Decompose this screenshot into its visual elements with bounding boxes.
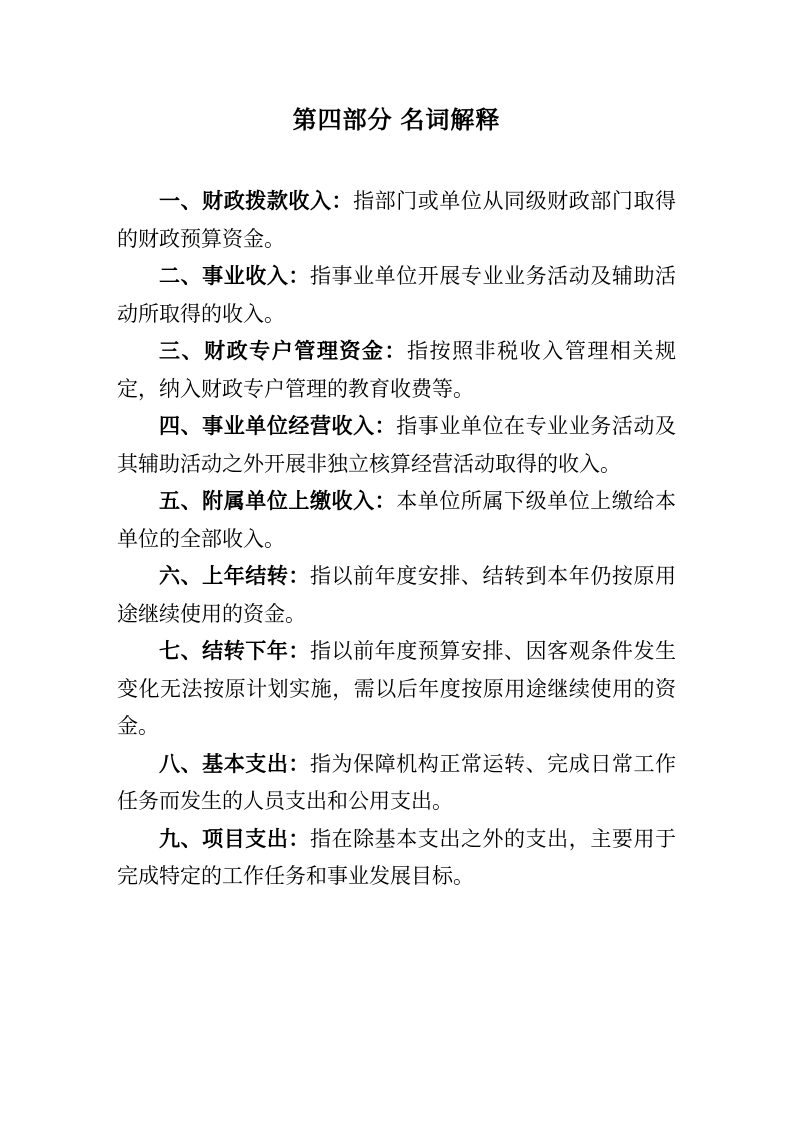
term-label: 五、附属单位上缴收入： [159,490,396,513]
term-definition-paragraph: 七、结转下年：指以前年度预算安排、因客观条件发生变化无法按原计划实施，需以后年度… [117,633,676,746]
term-label: 七、结转下年： [159,640,310,663]
term-definition-paragraph: 五、附属单位上缴收入：本单位所属下级单位上缴给本单位的全部收入。 [117,483,676,558]
document-page: 第四部分 名词解释 一、财政拨款收入：指部门或单位从同级财政部门取得的财政预算资… [0,0,793,1122]
page-title: 第四部分 名词解释 [117,103,676,139]
term-label: 八、基本支出： [159,753,310,776]
term-definition-paragraph: 六、上年结转：指以前年度安排、结转到本年仍按原用途继续使用的资金。 [117,558,676,633]
term-definition-paragraph: 一、财政拨款收入：指部门或单位从同级财政部门取得的财政预算资金。 [117,183,676,258]
term-definition-paragraph: 三、财政专户管理资金：指按照非税收入管理相关规定，纳入财政专户管理的教育收费等。 [117,333,676,408]
term-label: 二、事业收入： [159,265,310,288]
term-definition-paragraph: 九、项目支出：指在除基本支出之外的支出，主要用于完成特定的工作任务和事业发展目标… [117,821,676,896]
term-label: 三、财政专户管理资金： [159,340,407,363]
term-label: 一、财政拨款收入： [159,190,353,213]
term-label: 九、项目支出： [159,828,310,851]
term-definition-paragraph: 四、事业单位经营收入：指事业单位在专业业务活动及其辅助活动之外开展非独立核算经营… [117,408,676,483]
term-definition-paragraph: 二、事业收入：指事业单位开展专业业务活动及辅助活动所取得的收入。 [117,258,676,333]
term-definition-paragraph: 八、基本支出：指为保障机构正常运转、完成日常工作任务而发生的人员支出和公用支出。 [117,746,676,821]
term-label: 四、事业单位经营收入： [159,415,396,438]
term-label: 六、上年结转： [159,565,310,588]
